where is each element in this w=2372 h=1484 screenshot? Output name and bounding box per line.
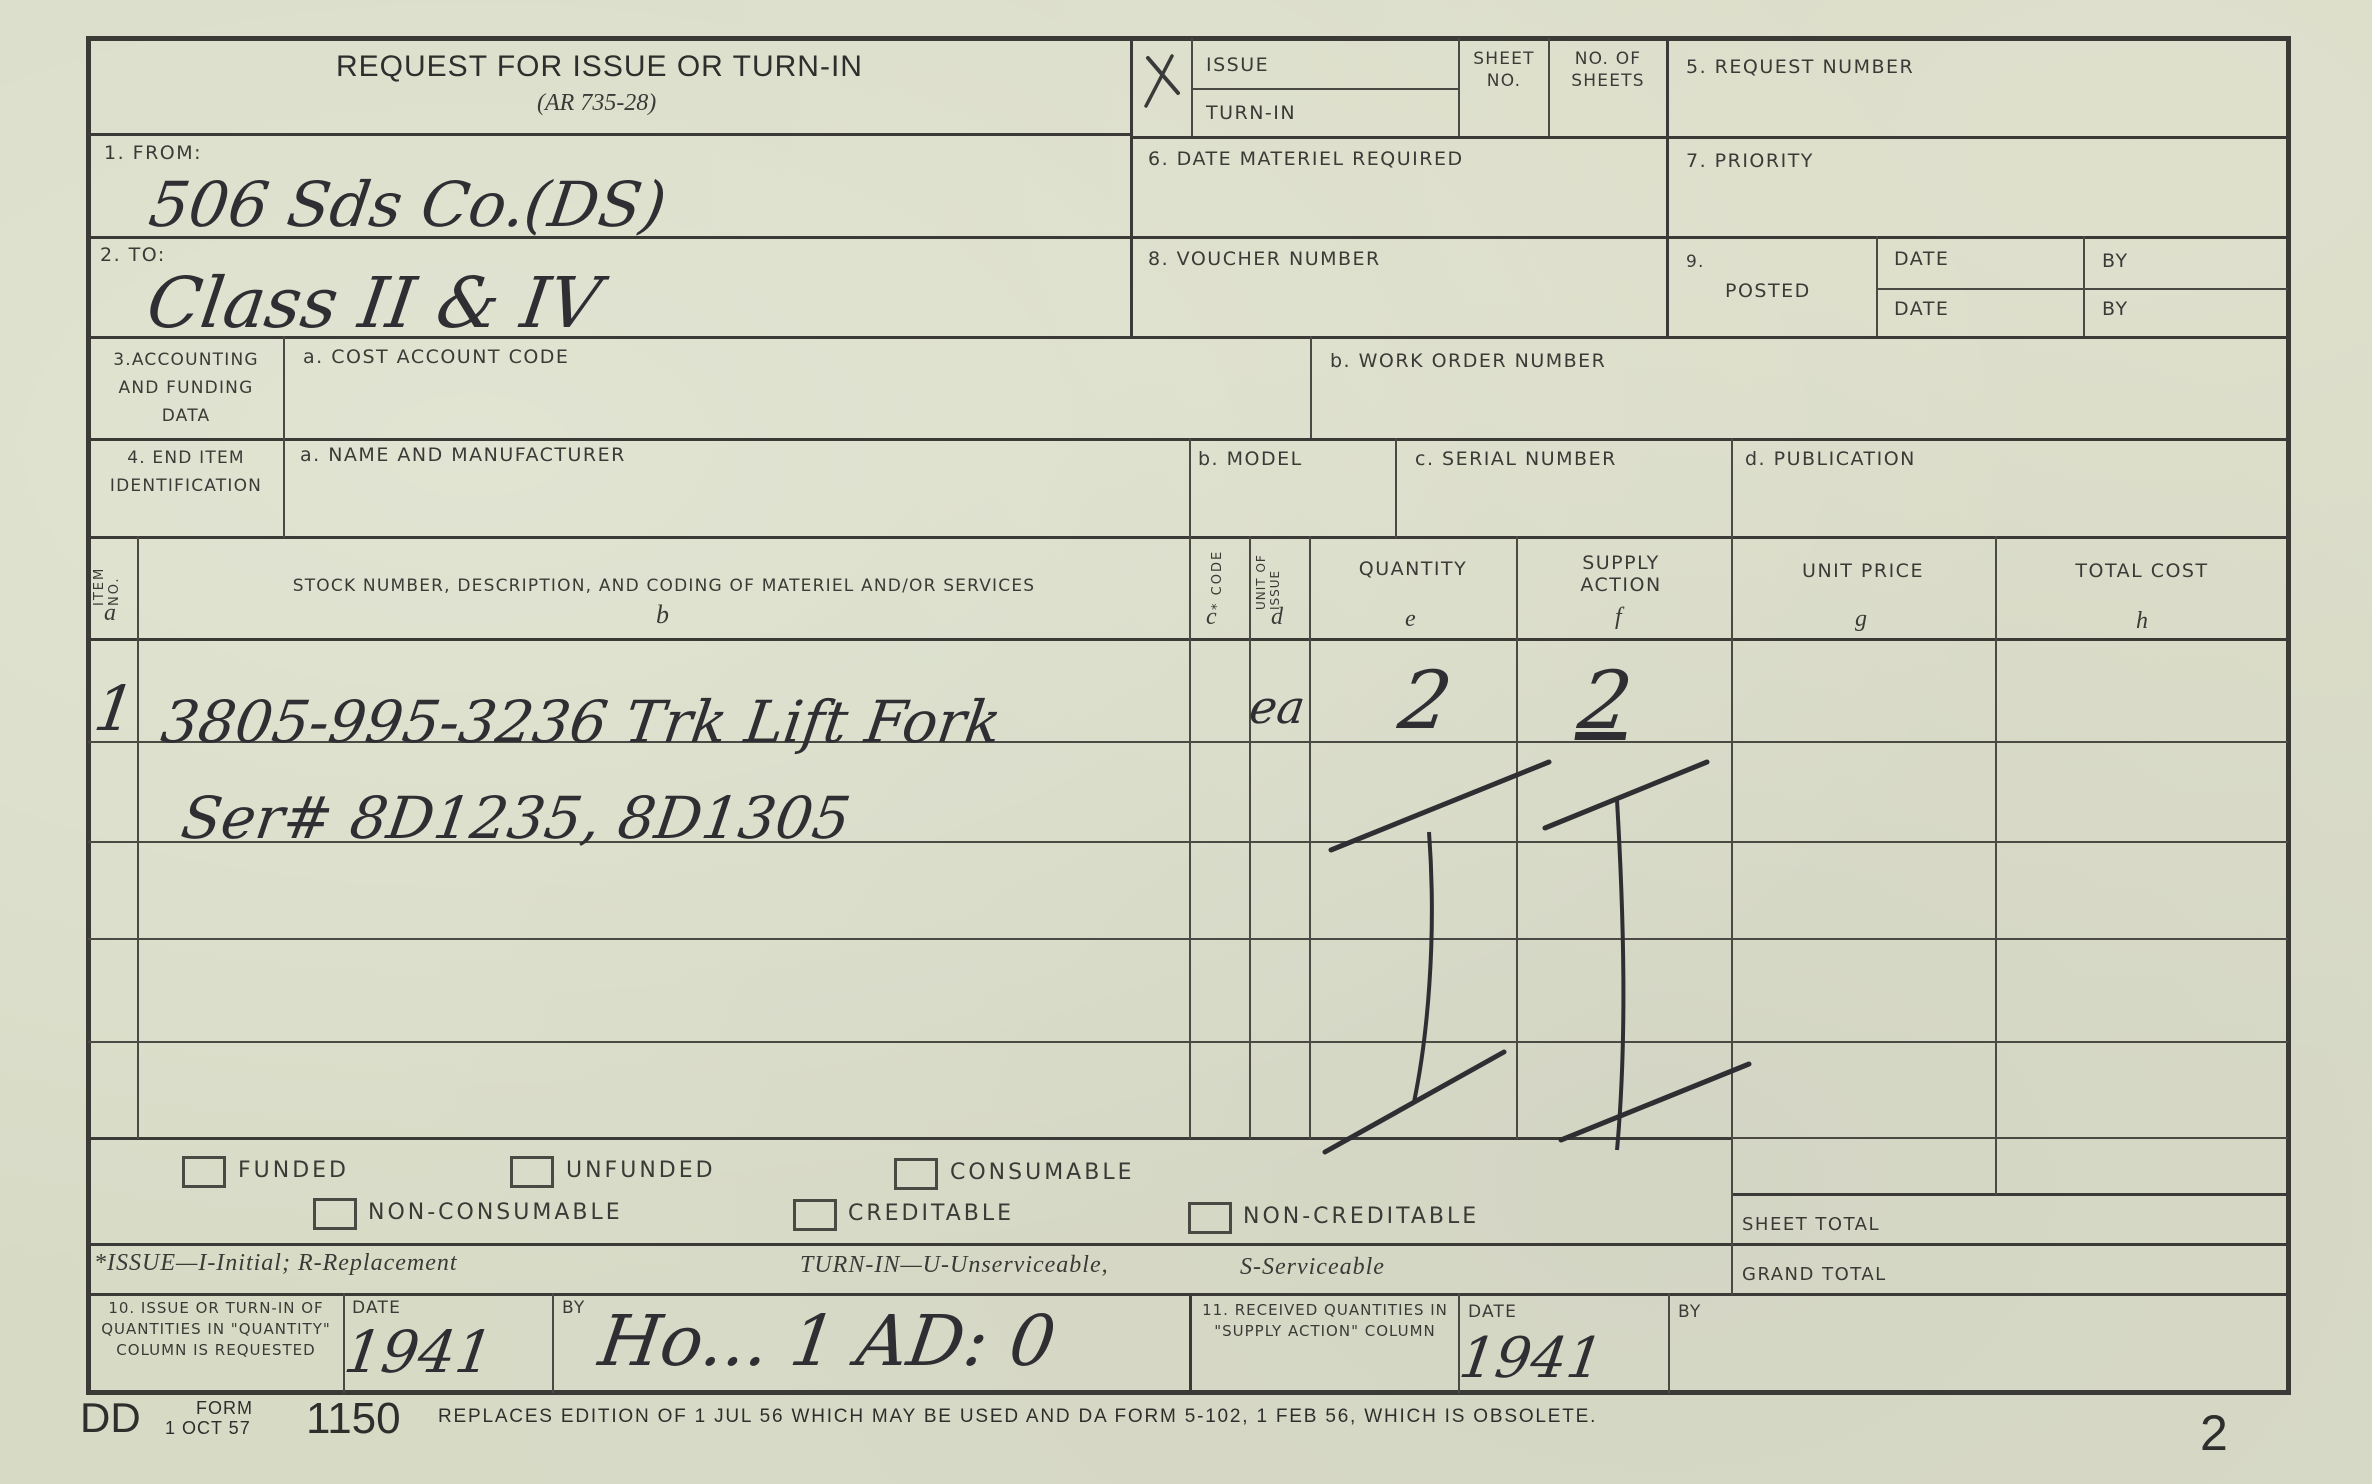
- s11-by-label: BY: [1678, 1302, 1702, 1322]
- rule-v-section-labels: [283, 336, 285, 538]
- work-order-number-label: b. WORK ORDER NUMBER: [1330, 350, 1606, 372]
- posted-label: POSTED: [1725, 280, 1811, 302]
- rule-v-total: [1995, 536, 1997, 1195]
- rule-v-sheets: [1548, 38, 1550, 136]
- rule-footnote: [88, 1293, 2288, 1296]
- posted-by-label-2: BY: [2102, 298, 2129, 320]
- column-key-f: f: [1615, 604, 1622, 631]
- supply-action-cell[interactable]: 2: [1573, 654, 1637, 747]
- consumable-label: CONSUMABLE: [950, 1160, 1134, 1185]
- rule-v-model: [1189, 438, 1191, 538]
- column-key-e: e: [1405, 606, 1416, 633]
- rule-v-s10-by: [552, 1293, 554, 1393]
- rule-v-check: [1191, 38, 1193, 136]
- rule-row5-right: [1731, 1137, 2288, 1139]
- priority-label: 7. PRIORITY: [1686, 150, 1814, 172]
- voucher-number-label: 8. VOUCHER NUMBER: [1148, 248, 1381, 270]
- table-row[interactable]: [140, 1043, 1188, 1136]
- from-label: 1. FROM:: [104, 142, 202, 164]
- column-header-unit-price: UNIT PRICE: [1734, 560, 1992, 582]
- column-key-d: d: [1271, 604, 1283, 631]
- rule-v-work-order: [1310, 336, 1312, 438]
- non-consumable-checkbox[interactable]: [313, 1198, 357, 1230]
- accounting-funding-label: 3.ACCOUNTING AND FUNDING DATA: [92, 346, 280, 430]
- quantity-bracket-marks-icon: [1309, 740, 1769, 1160]
- publication-field[interactable]: [1736, 474, 2281, 532]
- page-number: 2: [2200, 1404, 2228, 1462]
- date-required-label: 6. DATE MATERIEL REQUIRED: [1148, 148, 1464, 170]
- unfunded-checkbox[interactable]: [510, 1156, 554, 1188]
- end-item-identification-label: 4. END ITEM IDENTIFICATION: [92, 444, 280, 500]
- column-key-c: c: [1206, 604, 1217, 631]
- item-number-cell[interactable]: 1: [90, 672, 140, 745]
- border-top: [86, 36, 2291, 41]
- border-left: [86, 36, 91, 1395]
- serial-number-field[interactable]: [1400, 474, 1726, 532]
- grand-total-field[interactable]: [1990, 1248, 2282, 1290]
- non-consumable-label: NON-CONSUMABLE: [368, 1200, 623, 1225]
- rule-v-s11: [1189, 1293, 1192, 1393]
- table-row[interactable]: [140, 843, 1188, 937]
- description-cell[interactable]: Ser# 8D1235, 8D1305: [177, 784, 854, 852]
- rule-checkboxes: [88, 1243, 2288, 1246]
- consumable-checkbox[interactable]: [894, 1158, 938, 1190]
- s10-by-label: BY: [562, 1298, 586, 1318]
- non-creditable-checkbox[interactable]: [1188, 1202, 1232, 1234]
- priority-field[interactable]: [1672, 175, 2282, 233]
- column-header-total-cost: TOTAL COST: [1998, 560, 2286, 582]
- rule-v-request: [1666, 38, 1669, 338]
- s10-date-field[interactable]: 1941: [340, 1318, 497, 1386]
- creditable-label: CREDITABLE: [848, 1201, 1014, 1226]
- publication-label: d. PUBLICATION: [1745, 448, 1916, 470]
- column-header-code: * CODE: [1210, 544, 1225, 610]
- column-key-g: g: [1855, 606, 1867, 633]
- s11-date-label: DATE: [1468, 1302, 1517, 1322]
- quantity-cell[interactable]: 2: [1393, 654, 1457, 747]
- rule-sheet-total: [1731, 1193, 2288, 1196]
- to-field[interactable]: Class II & IV: [142, 262, 606, 344]
- column-header-supply-action: SUPPLY ACTION: [1556, 552, 1686, 596]
- creditable-checkbox[interactable]: [793, 1199, 837, 1231]
- s11-by-field[interactable]: [1715, 1300, 2280, 1388]
- unit-of-issue-cell[interactable]: ea: [1246, 680, 1308, 734]
- issue-option-label: ISSUE: [1206, 54, 1269, 76]
- request-number-field[interactable]: [1670, 85, 2280, 133]
- cost-account-code-field[interactable]: [290, 372, 1305, 432]
- funded-label: FUNDED: [238, 1158, 349, 1183]
- rule-v-left-top: [1130, 38, 1133, 338]
- unfunded-label: UNFUNDED: [566, 1158, 716, 1183]
- form-series-dd: DD: [80, 1394, 141, 1442]
- unit-price-cell[interactable]: [1736, 645, 1991, 737]
- posted-by-label-1: BY: [2102, 250, 2129, 272]
- posted-number: 9.: [1686, 252, 1705, 272]
- rule-issue-mid: [1191, 88, 1458, 90]
- rule-v-itemno: [137, 536, 139, 1139]
- model-label: b. MODEL: [1198, 448, 1303, 470]
- column-key-h: h: [2136, 608, 2148, 635]
- rule-title: [88, 133, 1131, 136]
- rule-end-item: [88, 536, 2288, 539]
- from-field[interactable]: 506 Sds Co.(DS): [145, 168, 671, 241]
- s10-by-signature[interactable]: Ho... 1 AD: 0: [594, 1300, 1060, 1382]
- s10-date-label: DATE: [352, 1298, 401, 1318]
- no-of-sheets-label: NO. OF SHEETS: [1552, 48, 1664, 92]
- rule-v-s11-by: [1668, 1293, 1670, 1393]
- work-order-number-field[interactable]: [1316, 376, 2281, 434]
- rule-issue: [1131, 136, 2288, 139]
- grand-total-label: GRAND TOTAL: [1742, 1264, 1887, 1285]
- rule-v-serial: [1395, 438, 1397, 538]
- column-header-quantity: QUANTITY: [1312, 558, 1514, 580]
- table-row[interactable]: [140, 940, 1188, 1040]
- replaces-edition-notice: REPLACES EDITION OF 1 JUL 56 WHICH MAY B…: [438, 1406, 1597, 1428]
- cost-account-code-label: a. COST ACCOUNT CODE: [303, 346, 569, 368]
- rule-accounting: [88, 438, 2288, 441]
- rule-v-publication: [1731, 438, 1733, 538]
- code-cell[interactable]: [1192, 645, 1247, 737]
- form-title: REQUEST FOR ISSUE OR TURN-IN: [336, 50, 863, 84]
- non-creditable-label: NON-CREDITABLE: [1243, 1204, 1479, 1229]
- model-field[interactable]: [1195, 474, 1391, 532]
- regulation-reference: (AR 735-28): [537, 90, 656, 117]
- form-date: 1 OCT 57: [165, 1418, 251, 1439]
- rule-table-header: [88, 638, 2288, 641]
- sheet-no-label: SHEET NO.: [1462, 48, 1546, 92]
- funded-checkbox[interactable]: [182, 1156, 226, 1188]
- issue-code-legend: *ISSUE—I-Initial; R-Replacement: [94, 1250, 458, 1277]
- turnin-option-label: TURN-IN: [1206, 102, 1296, 124]
- request-number-label: 5. REQUEST NUMBER: [1686, 56, 1914, 78]
- serial-number-label: c. SERIAL NUMBER: [1415, 448, 1617, 470]
- rule-v-by: [2083, 236, 2085, 336]
- total-cost-cell[interactable]: [2000, 645, 2284, 737]
- rule-v-posted: [1876, 236, 1878, 336]
- sheet-total-field[interactable]: [1990, 1198, 2282, 1240]
- date-required-field[interactable]: [1136, 175, 1661, 233]
- serviceable-code-legend: S-Serviceable: [1240, 1254, 1385, 1281]
- description-cell[interactable]: 3805-995-3236 Trk Lift Fork: [157, 688, 1005, 756]
- form-word: FORM: [196, 1398, 253, 1419]
- name-manufacturer-label: a. NAME AND MANUFACTURER: [300, 444, 626, 466]
- posted-date-label-2: DATE: [1894, 298, 1949, 320]
- column-key-a: a: [104, 600, 116, 627]
- issue-turnin-request-label: 10. ISSUE OR TURN-IN OF QUANTITIES IN "Q…: [92, 1298, 340, 1361]
- column-key-b: b: [656, 600, 669, 630]
- column-header-unit-of-issue: UNIT OF ISSUE: [1254, 544, 1306, 610]
- voucher-number-field[interactable]: [1136, 275, 1661, 333]
- rule-v-sheet: [1458, 38, 1460, 136]
- turnin-code-legend: TURN-IN—U-Unserviceable,: [800, 1252, 1109, 1279]
- turnin-checkbox[interactable]: [1140, 92, 1188, 134]
- rule-v-code: [1189, 536, 1191, 1139]
- border-right: [2286, 36, 2291, 1395]
- received-quantities-label: 11. RECEIVED QUANTITIES IN "SUPPLY ACTIO…: [1194, 1300, 1456, 1342]
- column-header-description: STOCK NUMBER, DESCRIPTION, AND CODING OF…: [140, 576, 1188, 596]
- posted-date-label-1: DATE: [1894, 248, 1949, 270]
- rule-posted-mid: [1876, 288, 2288, 290]
- rule-v-unit: [1249, 536, 1251, 1139]
- form-number: 1150: [306, 1394, 401, 1444]
- s11-date-field[interactable]: 1941: [1455, 1326, 1607, 1391]
- column-header-item-no: ITEM NO.: [92, 544, 122, 606]
- sheet-total-label: SHEET TOTAL: [1742, 1214, 1880, 1235]
- name-manufacturer-field[interactable]: [290, 472, 1183, 532]
